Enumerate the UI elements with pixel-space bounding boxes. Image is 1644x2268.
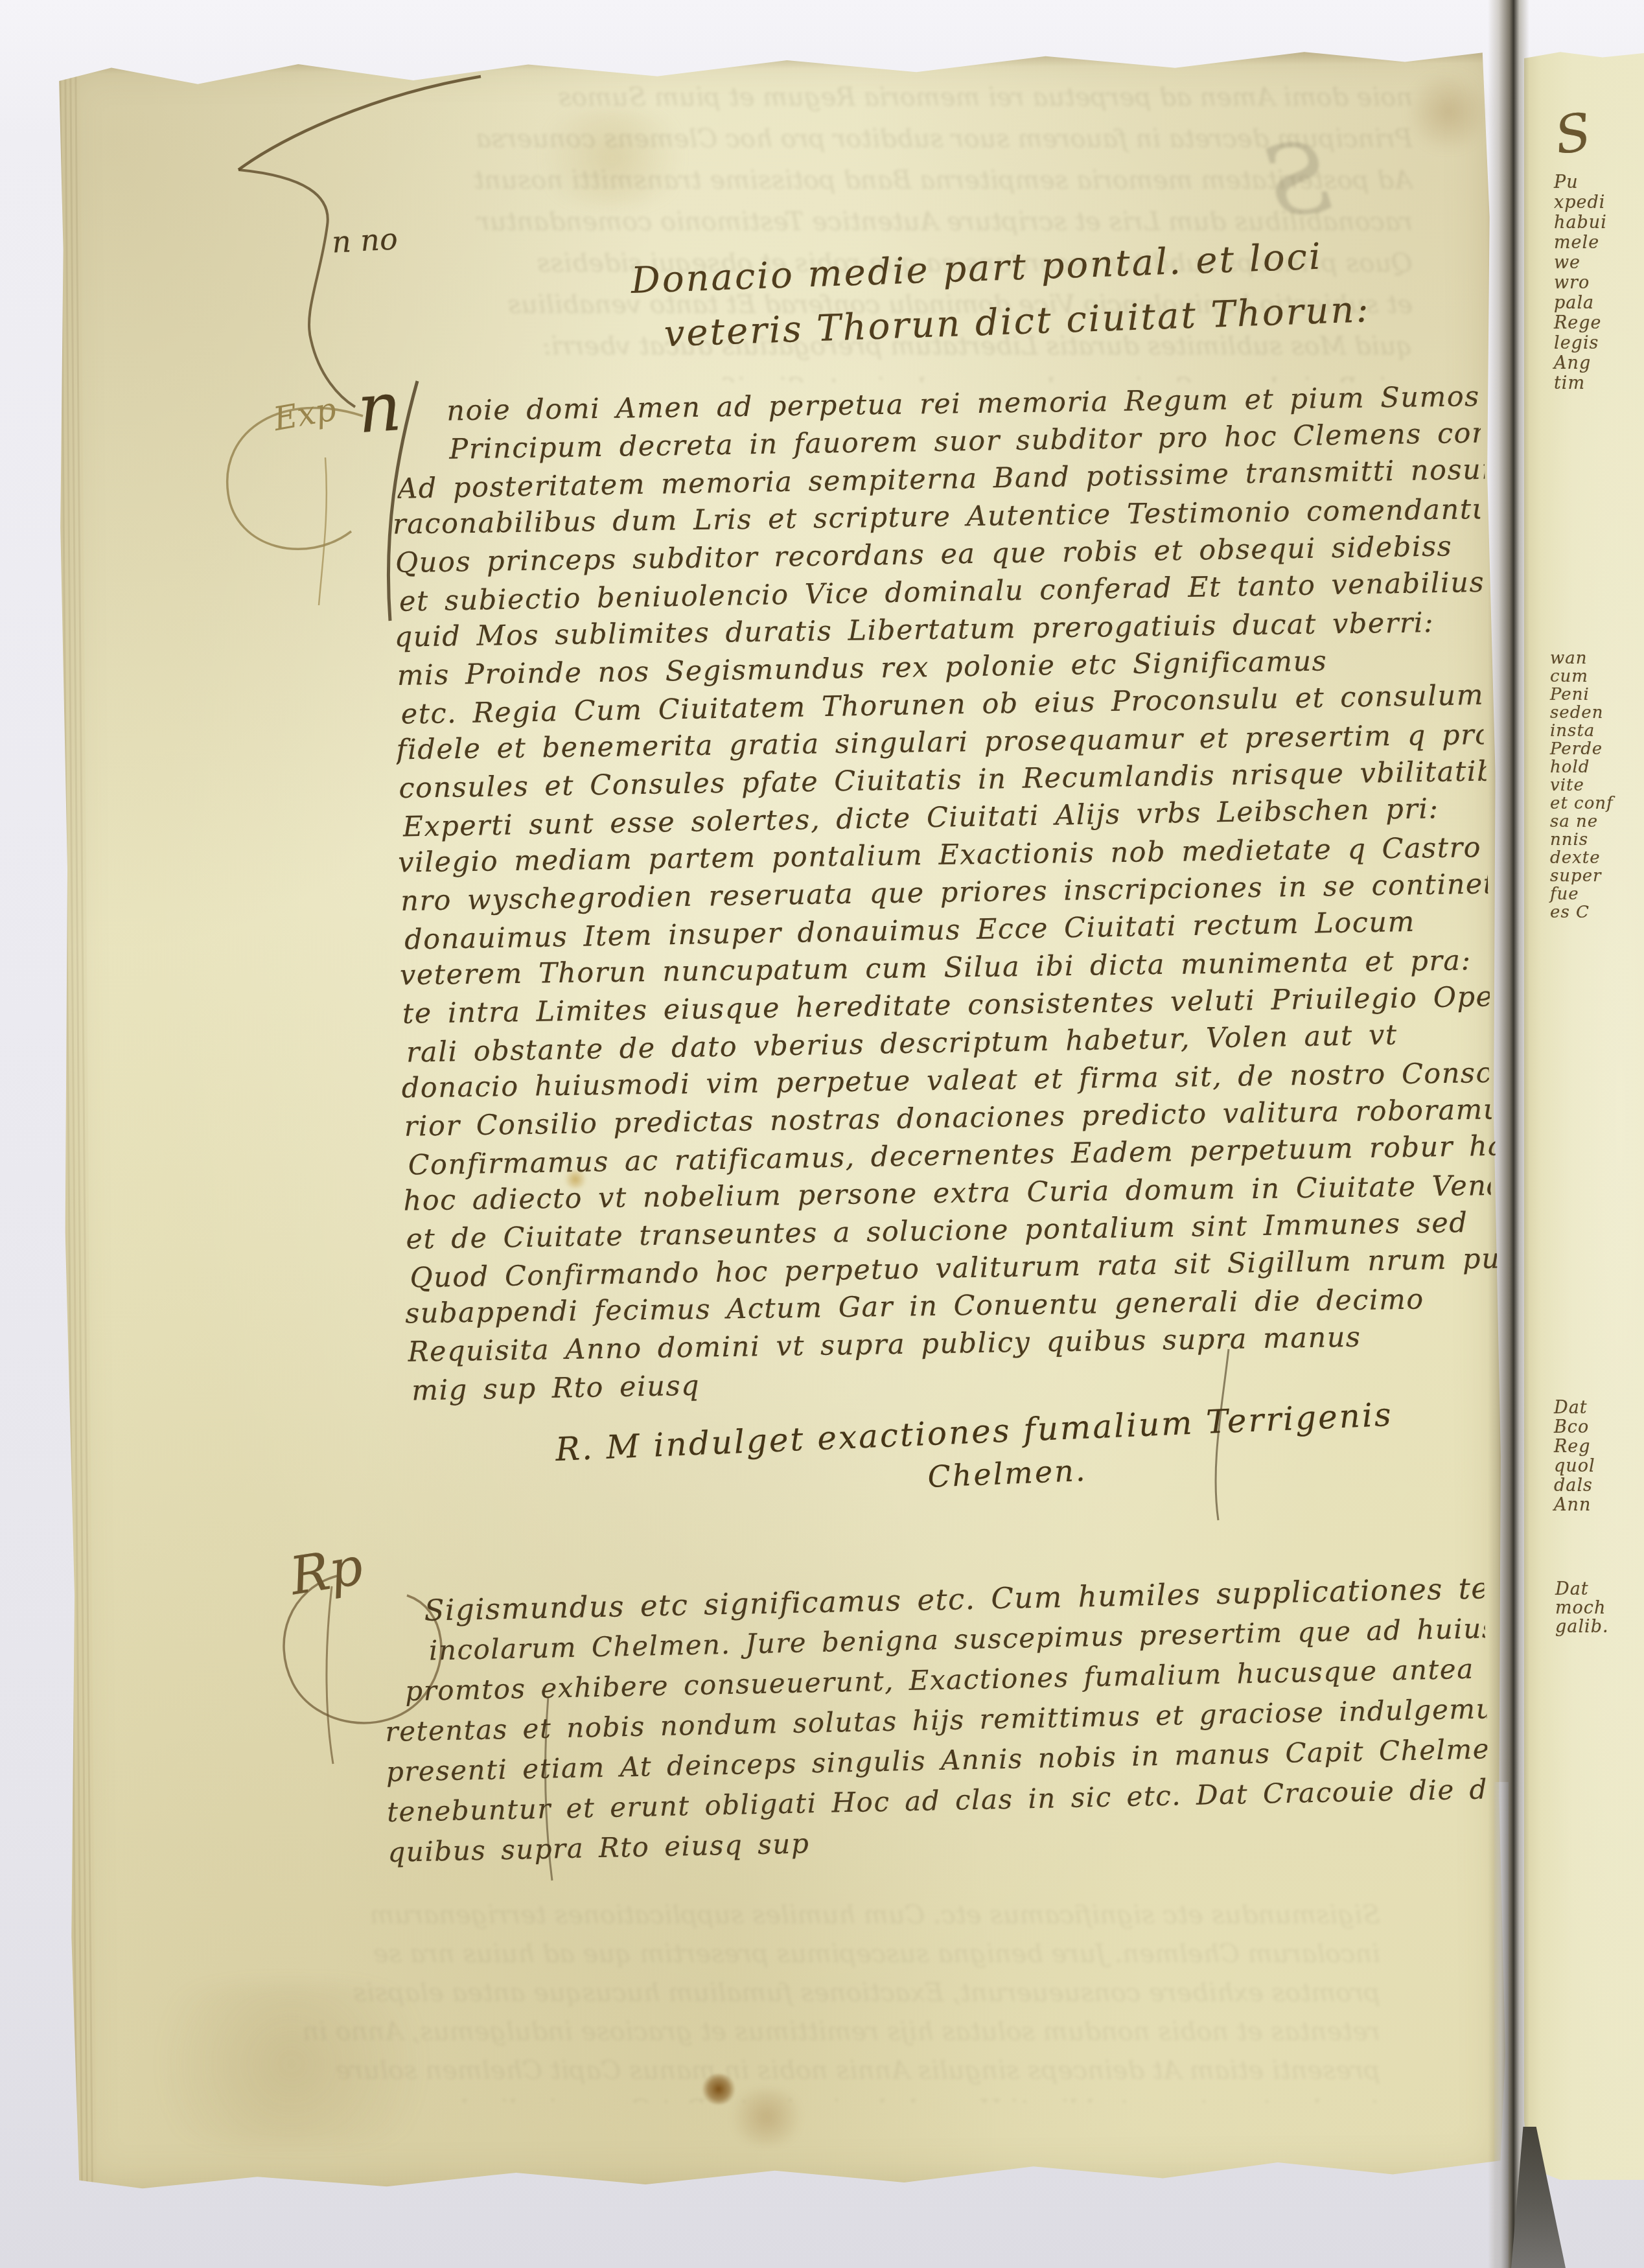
bleedthrough-line: Principum decreta in fauorem suor subdit… <box>389 118 1413 159</box>
facing-page-line-fragment: hold <box>1550 758 1614 776</box>
facing-page-line-fragment: vite <box>1550 776 1614 794</box>
facing-page-line-fragment: moch <box>1555 1599 1609 1617</box>
bleedthrough-line: promtos exhibere consueuerunt, Exactione… <box>305 1973 1380 2012</box>
margin-mark-rp: Rp <box>286 1536 367 1606</box>
book-cradle-strip <box>1494 1782 1509 2268</box>
facing-page-line-fragment: dexte <box>1550 849 1614 867</box>
facing-page-line-fragment: Ang <box>1554 353 1607 373</box>
bleedthrough-line: noie domi Amen ad perpetua rei memoria R… <box>389 76 1413 118</box>
facing-page-line-fragment: dals <box>1554 1476 1595 1496</box>
facing-page-line-fragment: wan <box>1550 649 1614 667</box>
facing-page-line-fragment: sa ne <box>1550 813 1614 831</box>
bleedthrough-line: Sigismundus etc significamus etc. Cum hu… <box>305 1895 1380 1934</box>
bleedthrough-line: Ad posteritatem memoria sempiterna Band … <box>389 159 1413 201</box>
facing-page-line-fragment: Reg <box>1554 1437 1595 1457</box>
facing-page-line-fragment: cum <box>1550 667 1614 686</box>
archival-manuscript-scan: noie domi Amen ad perpetua rei memoria R… <box>0 0 1644 2268</box>
facing-page-line-fragment: Bco <box>1554 1418 1595 1437</box>
facing-page-line-fragment: et conf <box>1550 794 1614 813</box>
facing-page-line-fragment: Dat <box>1555 1580 1609 1599</box>
facing-page-line-fragment: wro <box>1554 273 1607 293</box>
facing-page-line-fragment: insta <box>1550 722 1614 740</box>
facing-page-line-fragment: Dat <box>1554 1398 1595 1418</box>
main-text-block: noie domi Amen ad perpetua rei memoria R… <box>393 377 1496 1409</box>
bleedthrough-text-bottom: Sigismundus etc significamus etc. Cum hu… <box>305 1895 1380 2103</box>
facing-page-line-fragment: galib. <box>1555 1617 1609 1636</box>
facing-page-fragments-4: Datmochgalib. <box>1555 1580 1609 1636</box>
facing-page-line-fragment: es C <box>1550 903 1614 921</box>
facing-page-line-fragment: Perde <box>1550 740 1614 758</box>
facing-page-line-fragment: seden <box>1550 704 1614 722</box>
facing-page-line-fragment: legis <box>1554 333 1607 353</box>
facing-page-line-fragment: quol <box>1554 1457 1595 1476</box>
facing-page-line-fragment: xpedi <box>1554 192 1607 213</box>
facing-page-fragments-2: wancumPenisedeninstaPerdeholdviteet conf… <box>1550 649 1614 921</box>
facing-page-line-fragment: pala <box>1554 293 1607 313</box>
facing-page-fragments-1: PuxpedihabuimelewewropalaRegelegisAngtim <box>1554 172 1607 393</box>
facing-page-line-fragment: we <box>1554 253 1607 273</box>
margin-mark-in-no: n no <box>331 221 399 259</box>
bleedthrough-initial: S <box>1259 121 1337 240</box>
facing-page-line-fragment: tim <box>1554 373 1607 393</box>
bleedthrough-line: incolarum Chelmen. Jure benigna suscepim… <box>305 1934 1380 1973</box>
facing-page-line-fragment: super <box>1550 867 1614 885</box>
facing-page-line-fragment: fue <box>1550 885 1614 903</box>
facing-page-line-fragment: habui <box>1554 213 1607 233</box>
facing-page-line-fragment: Rege <box>1554 313 1607 333</box>
bleedthrough-line: presenti etiam At deinceps singulis Anni… <box>305 2051 1380 2090</box>
facing-page-line-fragment: nnis <box>1550 831 1614 849</box>
facing-page-line-fragment: Pu <box>1554 172 1607 192</box>
bleedthrough-line: tenebuntur et erunt obligati Hoc ad clas… <box>305 2090 1380 2103</box>
second-entry-block: Sigismundus etc significamus etc. Cum hu… <box>382 1568 1490 1873</box>
facing-page-line-fragment: mele <box>1554 233 1607 253</box>
facing-page-line-fragment: Ann <box>1554 1496 1595 1515</box>
bleedthrough-line: retentas et nobis nondum solutas hijs re… <box>305 2012 1380 2051</box>
facing-page-fragments-3: DatBcoRegquoldalsAnn <box>1554 1398 1595 1515</box>
facing-page-line-fragment: Peni <box>1550 686 1614 704</box>
